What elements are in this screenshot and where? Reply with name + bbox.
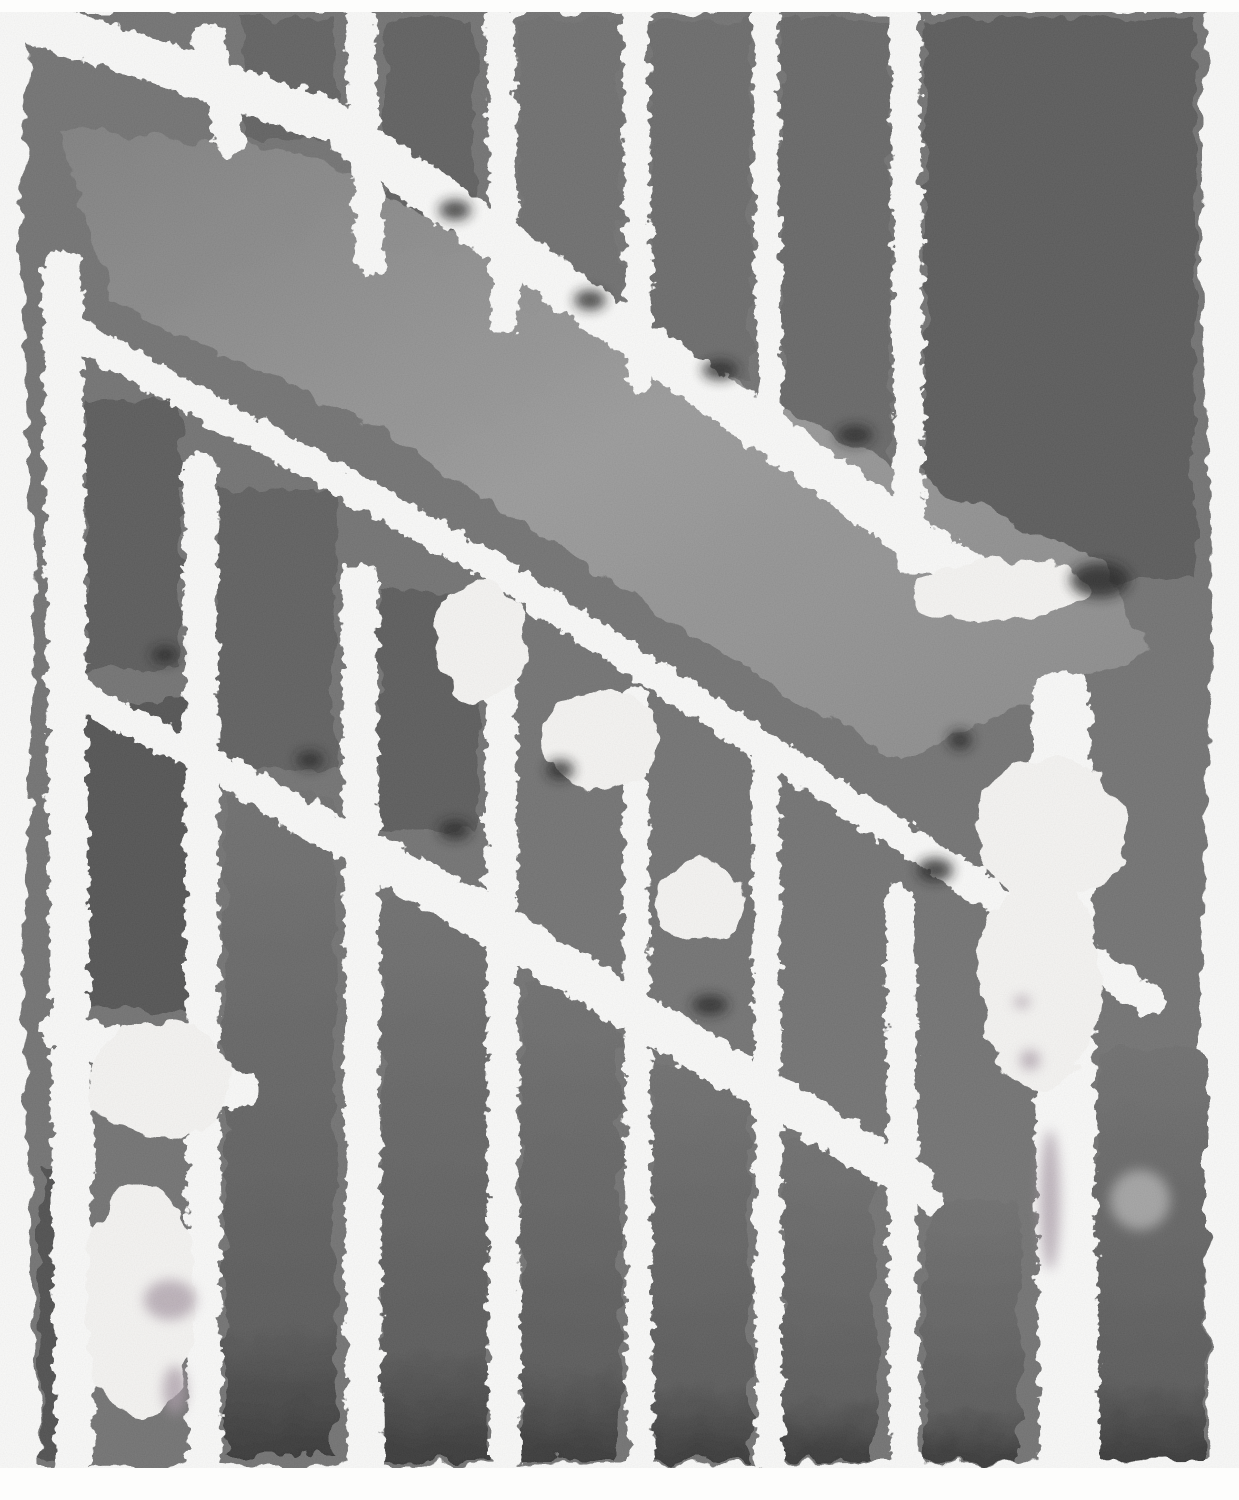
paper-grain-overlay [0,0,1239,1500]
bottom-paper-margin [0,1468,1239,1500]
ink-wash-painting [0,0,1239,1500]
top-paper-margin [0,0,1239,12]
